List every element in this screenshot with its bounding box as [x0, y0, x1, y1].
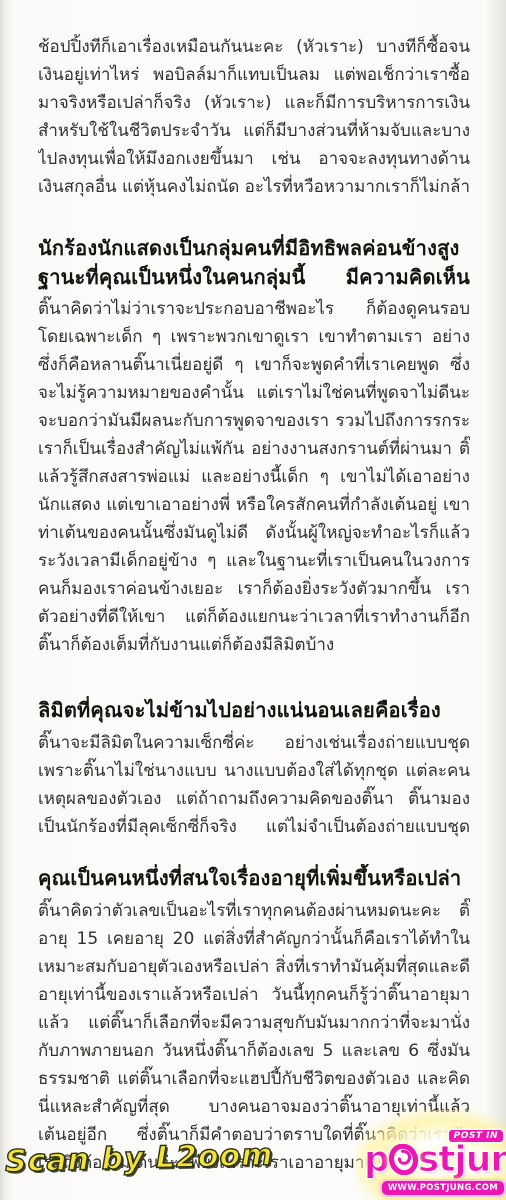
text-line: เหมาะสมกับอายุตัวเองหรือเปล่า สิ่งที่เรา…	[38, 953, 470, 981]
site-url-bar: WWW.POSTJUNG.COM	[380, 1179, 506, 1197]
text-line: จะไม่รู้ความหมายของคำนั้น แต่เราไม่ใช่คน…	[38, 379, 470, 407]
text-line: ติ๊นาก็ต้องเต็มที่กับงานแต่ก็ต้องมีลิมิต…	[38, 631, 470, 659]
text-line: โดยเฉพาะเด็ก ๆ เพราะพวกเขาดูเรา เขาทำตาม…	[38, 323, 470, 351]
text-line: มาจริงหรือเปล่าก็จริง (หัวเราะ) และก็มีก…	[38, 89, 470, 117]
text-line: นักแสดง แต่เขาเอาอย่างพี่ หรือใครสักคนที…	[38, 491, 470, 519]
text-line: ติ๊นาคิดว่าไม่ว่าเราจะประกอบอาชีพอะไร ก็…	[38, 295, 470, 323]
text-line: ลิมิตที่คุณจะไม่ข้ามไปอย่างแน่นอนเลยคือเ…	[38, 696, 470, 725]
text-line: เพราะติ๊นาไม่ใช่นางแบบ นางแบบต้องใส่ได้ท…	[38, 757, 470, 785]
text-line: ซึ่งก็คือหลานติ๊นาเนี่ยอยู่ดี ๆ เขาก็จะพ…	[38, 351, 470, 379]
text-line: จะบอกว่ามันมีผลนะกับการพูดจาของเรา รวมไป…	[38, 407, 470, 435]
text-line: นักร้องนักแสดงเป็นกลุ่มคนที่มีอิทธิพลค่อ…	[38, 234, 470, 263]
text-line: ธรรมชาติ แต่ติ๊นาเลือกที่จะแฮปปี้กับชีวิ…	[38, 1065, 470, 1093]
text-line: ไปลงทุนเพื่อให้มึงอกเงยขึ้นมา เช่น อาจจะ…	[38, 145, 470, 173]
text-line: ท่าเต้นของคนนั้นซึ่งมันดูไม่ดี ดังนั้นผู…	[38, 519, 470, 547]
wordmark-suffix: stjung	[418, 1139, 506, 1180]
text-line: เป็นนักร้องที่มีลุคเซ็กซี่ก็จริง แต่ไม่จ…	[38, 813, 470, 841]
answer-paragraph-1: ช้อปปิ้งทีก็เอาเรื่องเหมือนกันนะคะ (หัวเ…	[38, 33, 470, 201]
text-line: อายุ 15 เคยอายุ 20 แต่สิ่งที่สำคัญกว่านั…	[38, 925, 470, 953]
text-line: เงินอยู่เท่าไหร่ พอบิลล์มาก็แทบเป็นลม แต…	[38, 61, 470, 89]
interview-article: ช้อปปิ้งทีก็เอาเรื่องเหมือนกันนะคะ (หัวเ…	[38, 33, 470, 1177]
text-line: ติ๊นาจะมีลิมิตในความเซ็กซี่ค่ะ อย่างเช่น…	[38, 729, 470, 757]
text-line: กับภาพภายนอก วันหนึ่งติ๊นาก็ต้องเลข 5 แล…	[38, 1037, 470, 1065]
question-heading-2: ลิมิตที่คุณจะไม่ข้ามไปอย่างแน่นอนเลยคือเ…	[38, 696, 470, 725]
postjung-wordmark: p stjung	[364, 1139, 506, 1180]
wordmark-prefix: p	[364, 1139, 389, 1180]
text-line: ตัวอย่างที่ดีให้เขา แต่ก็ต้องแยกนะว่าเวล…	[38, 603, 470, 631]
text-line: ฐานะที่คุณเป็นหนึ่งในคนกลุ่มนี้ มีความคิ…	[38, 263, 470, 292]
text-line: คุณเป็นคนหนึ่งที่สนใจเรื่องอายุที่เพิ่มข…	[38, 864, 470, 893]
question-heading-3: คุณเป็นคนหนึ่งที่สนใจเรื่องอายุที่เพิ่มข…	[38, 864, 470, 893]
text-line: ระวังเวลามีเด็กอยู่ข้าง ๆ และในฐานะที่เร…	[38, 547, 470, 575]
text-line: อายุเท่านี้ของเราแล้วหรือเปล่า วันนี้ทุก…	[38, 981, 470, 1009]
answer-paragraph-3: ติ๊นาจะมีลิมิตในความเซ็กซี่ค่ะ อย่างเช่น…	[38, 729, 470, 841]
postjung-swirl-icon	[387, 1144, 420, 1175]
answer-paragraph-2: ติ๊นาคิดว่าไม่ว่าเราจะประกอบอาชีพอะไร ก็…	[38, 295, 470, 659]
text-line: เงินสกุลอื่น แต่หุ้นคงไม่ถนัด อะไรที่หวื…	[38, 173, 470, 201]
text-line: เหตุผลของตัวเอง แต่ถ้าถามถึงความคิดของติ…	[38, 785, 470, 813]
text-line: ติ๊นาคิดว่าตัวเลขเป็นอะไรที่เราทุกคนต้อง…	[38, 897, 470, 925]
text-line: แล้วรู้สึกสงสารพ่อแม่ และอย่างนี้เด็ก ๆ …	[38, 463, 470, 491]
postjung-logo: POST IN p stjung WWW.POSTJUNG.COM	[364, 1118, 506, 1200]
text-line: คนก็มองเราค่อนข้างเยอะ เราก็ต้องยิ่งระวั…	[38, 575, 470, 603]
text-line: แล้ว แต่ติ๊นาก็เลือกที่จะมีความสุขกับมัน…	[38, 1009, 470, 1037]
question-heading-1: นักร้องนักแสดงเป็นกลุ่มคนที่มีอิทธิพลค่อ…	[38, 234, 470, 292]
text-line: เราก็เป็นเรื่องสำคัญไม่แพ้กัน อย่างงานสง…	[38, 435, 470, 463]
scan-credit-watermark: Scan by L2oom	[5, 1137, 274, 1179]
text-line: ช้อปปิ้งทีก็เอาเรื่องเหมือนกันนะคะ (หัวเ…	[38, 33, 470, 61]
text-line: สำหรับใช้ในชีวิตประจำวัน แต่ก็มีบางส่วนท…	[38, 117, 470, 145]
scanned-magazine-page: ช้อปปิ้งทีก็เอาเรื่องเหมือนกันนะคะ (หัวเ…	[0, 0, 506, 1200]
